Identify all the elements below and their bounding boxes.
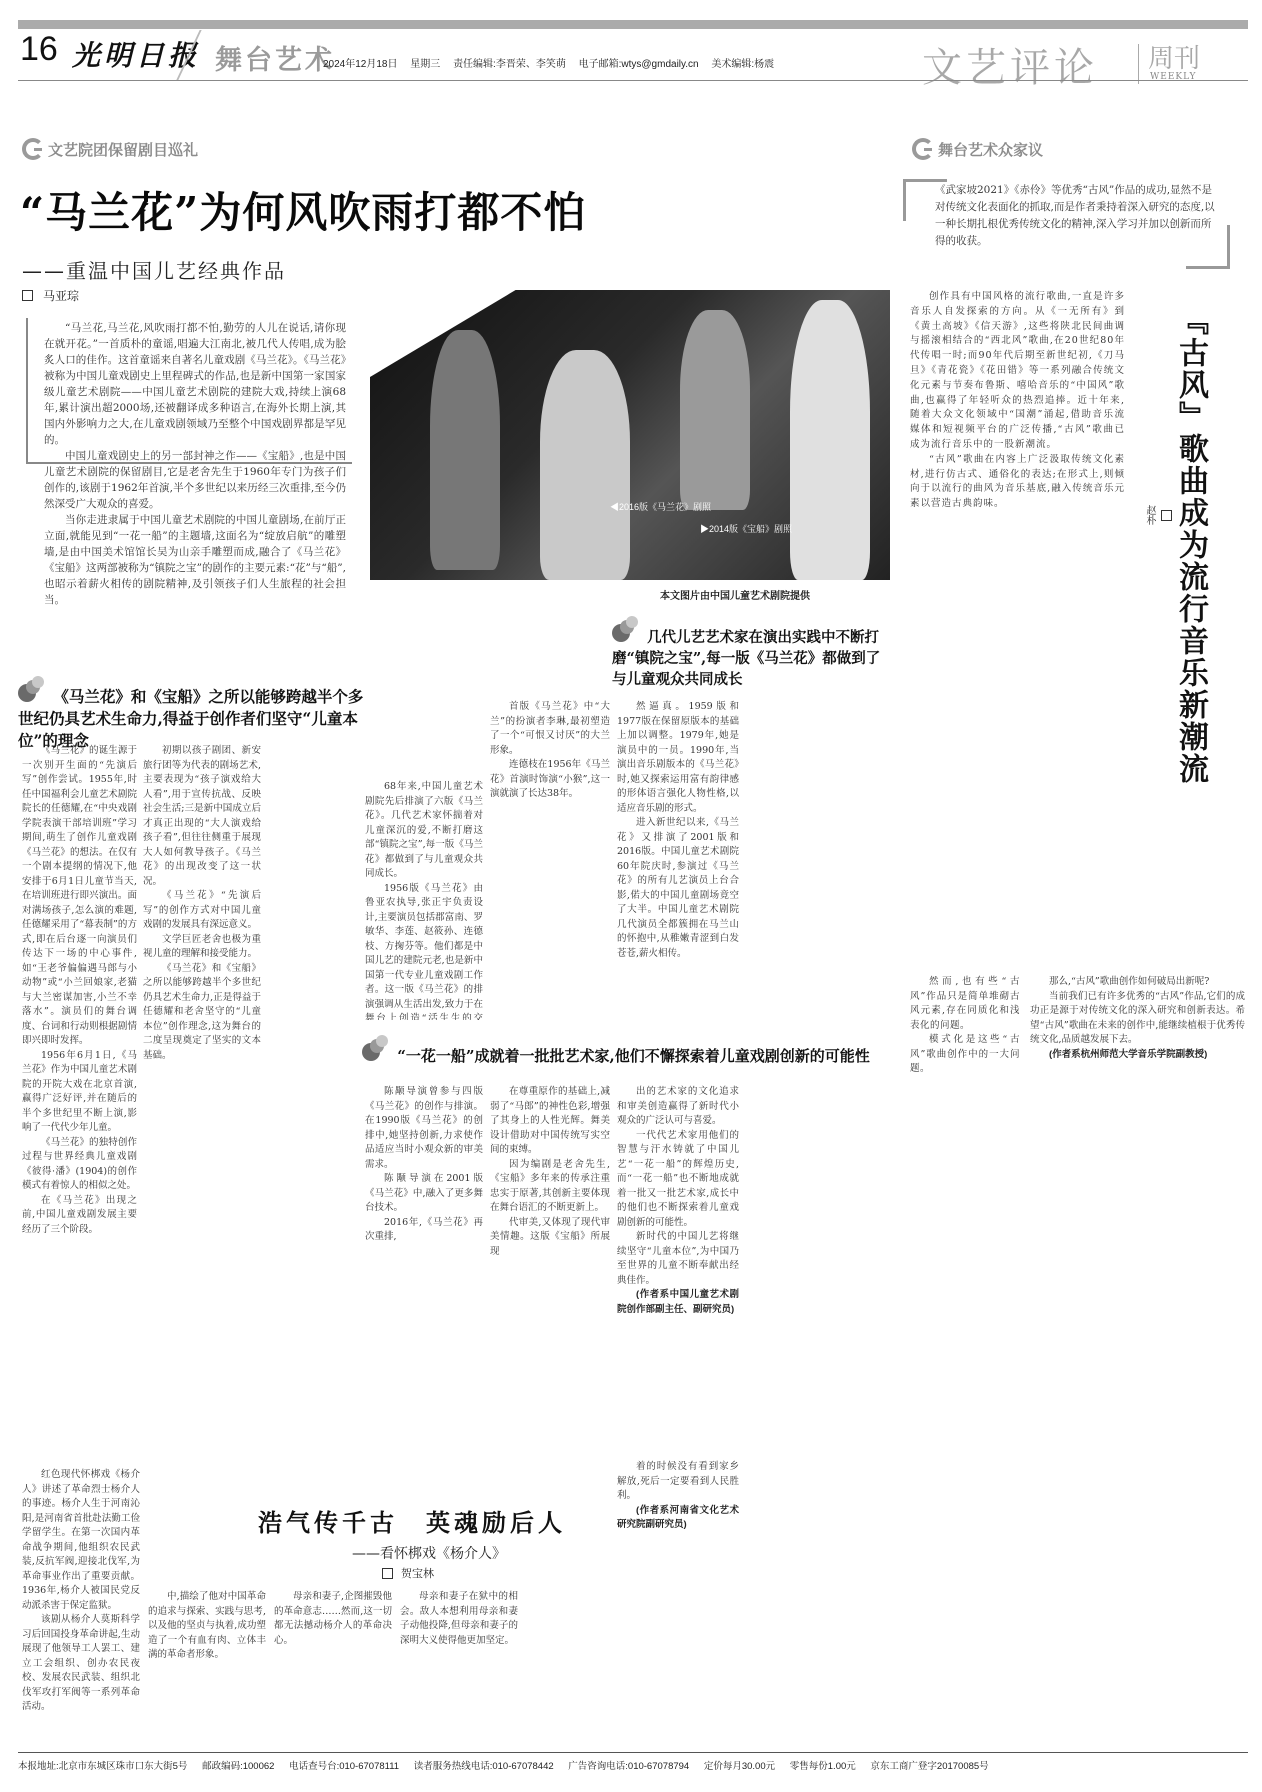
paragraph: “古风”歌曲在内容上广泛汲取传统文化素材,进行仿古式、通俗化的表达;在形式上,则… (910, 453, 1125, 512)
photo-caption-2016: ◀2016版《马兰花》剧照 (610, 500, 711, 513)
paragraph: 1956版《马兰花》由鲁亚农执导,张正宇负责设计,主要演员包括郡富南、罗敏华、李… (365, 882, 483, 1021)
paragraph: 母亲和妻子在狱中的相会。敌人本想利用母亲和妻子动他投降,但母亲和妻子的深明大义使… (400, 1590, 518, 1648)
paragraph: 《马兰花》和《宝船》之所以能够跨越半个多世纪仍具艺术生命力,正是得益于任德耀和老… (143, 962, 261, 1064)
bullet-dots-icon (18, 676, 48, 702)
supplement-type: 周刊 (1148, 38, 1200, 75)
actor-figure (680, 310, 750, 510)
column-3: 68年来,中国儿童艺术剧院先后排演了六版《马兰花》。几代艺术家怀揣着对儿童深沉的… (365, 780, 483, 1020)
intro-box: “马兰花,马兰花,风吹雨打都不怕,勤劳的人儿在说话,请你现在就开花。”一首质朴的… (26, 318, 352, 464)
right-column-1: 创作具有中国风格的流行歌曲,一直是许多音乐人自发探索的方向。从《一无所有》到《黄… (910, 290, 1125, 970)
byline-box-icon (382, 1568, 393, 1579)
paragraph: 进入新世纪以来,《马兰花》又排演了2001版和2016版。中国儿童艺术剧院60年… (617, 816, 739, 961)
right-byline: 赵朴 (1143, 505, 1172, 525)
column-1: 《马兰花》的诞生源于一次别开生面的“先演后写”创作尝试。1955年,时任中国福利… (22, 744, 137, 1444)
section-title: 舞台艺术 (215, 38, 335, 77)
paragraph: 该剧从杨介人莫斯科学习后回国投身革命讲起,生动展现了他领导工人罢工、建立工会组织… (22, 1613, 140, 1715)
top-rule (18, 20, 1248, 29)
yj-subhead: ——看怀梆戏《杨介人》 (352, 1543, 506, 1563)
paragraph: 在尊重原作的基础上,减弱了“马郎”的神性色彩,增强了其身上的人性光辉。舞美设计借… (490, 1085, 610, 1158)
paragraph: 母亲和妻子,企图摧毁他的革命意志……然而,这一切都无法撼动杨介人的革命决心。 (274, 1590, 392, 1648)
column-7: 在尊重原作的基础上,减弱了“马郎”的神性色彩,增强了其身上的人性光辉。舞美设计借… (490, 1085, 610, 1455)
paragraph: 连德枝在1956年《马兰花》首演时饰演“小猴”,这一演就演了长达38年。 (490, 758, 610, 802)
paragraph: 《马兰花》的诞生源于一次别开生面的“先演后写”创作尝试。1955年,时任中国福利… (22, 744, 137, 1049)
yj-byline: 贺宝林 (382, 1565, 434, 1581)
footer-rule (18, 1752, 1248, 1753)
column-8: 出的艺术家的文化追求和审美创造赢得了新时代小观众的广泛认可与喜爱。 一代代艺术家… (617, 1085, 739, 1455)
footer-single-price: 零售每份1.00元 (790, 1761, 856, 1772)
paragraph: 中,描绘了他对中国革命的追求与探索、实践与思考,以及他的坚贞与执着,成功塑造了一… (148, 1590, 266, 1663)
yj-lead-column: 红色现代怀梆戏《杨介人》讲述了革命烈士杨介人的事迹。杨介人生于河南沁阳,是河南省… (22, 1468, 140, 1743)
supplement-divider (1138, 44, 1139, 84)
main-headline: “马兰花”为何风吹雨打都不怕 (20, 180, 586, 240)
paragraph: 然逼真。1959版和1977版在保留原版本的基础上加以调整。1979年,她是演员… (617, 700, 739, 816)
actor-figure (430, 330, 500, 570)
paragraph: 在《马兰花》出现之前,中国儿童戏剧发展主要经历了三个阶段。 (22, 1194, 137, 1238)
paragraph: 陈颙导演在2001版《马兰花》中,融入了更多舞台技术。 (365, 1172, 483, 1216)
column-logo-icon (912, 138, 934, 160)
intro-paragraph: “马兰花,马兰花,风吹雨打都不怕,勤劳的人儿在说话,请你现在就开花。”一首质朴的… (44, 320, 346, 448)
subhead-2-text: 几代儿艺艺术家在演出实践中不断打磨“镇院之宝”,每一版《马兰花》都做到了与儿童观… (612, 629, 880, 688)
paragraph: 代审美,又体现了现代审美情趣。这版《宝船》所展现 (490, 1216, 610, 1260)
footer: 本报地址:北京市东城区珠市口东大街5号 邮政编码:100062 电话查号台:01… (18, 1758, 1001, 1772)
actor-figure (790, 300, 870, 580)
column-5: 然逼真。1959版和1977版在保留原版本的基础上加以调整。1979年,她是演员… (617, 700, 739, 1020)
paragraph: 陈颙导演曾参与四版《马兰花》的创作与排演。在1990版《马兰花》的创排中,她坚持… (365, 1085, 483, 1172)
kicker-text: 舞台艺术众家议 (938, 139, 1043, 160)
issue-date: 2024年12月18日 (323, 59, 398, 70)
author-signature: (作者系河南省文化艺术研究院副研究员) (617, 1504, 739, 1533)
paragraph: 着的时候没有看到家乡解放,死后一定要看到人民胜利。 (617, 1460, 739, 1504)
column-logo-icon (22, 138, 44, 160)
bullet-dots-icon (362, 1035, 392, 1061)
page-number: 16 (20, 30, 58, 69)
weekday: 星期三 (410, 59, 440, 70)
paragraph: 2016年,《马兰花》再次重排, (365, 1216, 483, 1245)
subhead-3-text: “一花一船”成就着一批批艺术家,他们不懈探索着儿童戏剧创新的可能性 (397, 1047, 869, 1065)
right-kicker: 舞台艺术众家议 (912, 138, 1043, 160)
column-6: 陈颙导演曾参与四版《马兰花》的创作与排演。在1990版《马兰花》的创排中,她坚持… (365, 1085, 483, 1455)
kicker-text: 文艺院团保留剧目巡礼 (48, 139, 198, 160)
byline-box-icon (22, 290, 33, 301)
paragraph: 然而,也有些“古风”作品只是简单堆砌古风元素,存在同质化和浅表化的问题。 (910, 975, 1020, 1033)
pullquote: 《武家坡2021》《赤伶》等优秀“古风”作品的成功,显然不是对传统文化表面化的抓… (905, 178, 1235, 262)
yj-column-4: 着的时候没有看到家乡解放,死后一定要看到人民胜利。 (作者系河南省文化艺术研究院… (617, 1460, 739, 1740)
right-headline: 『古风』歌曲成为流行音乐新潮流 (1165, 305, 1209, 785)
stage-photo: ◀2016版《马兰花》剧照 ▶2014版《宝船》剧照 (370, 290, 890, 580)
author-signature: (作者系杭州师范大学音乐学院副教授) (1030, 1048, 1245, 1063)
paragraph: 当前我们已有许多优秀的“古风”作品,它们的成功正是源于对传统文化的深入研究和创新… (1030, 990, 1245, 1048)
paragraph: 首版《马兰花》中“大兰”的扮演者李琳,最初塑造了一个“可恨又讨厌”的大兰形象。 (490, 700, 610, 758)
right-column-3: 那么,“古风”歌曲创作如何破局出新呢? 当前我们已有许多优秀的“古风”作品,它们… (1030, 975, 1245, 1735)
intro-paragraph: 中国儿童戏剧史上的另一部封神之作——《宝船》,也是中国儿童艺术剧院的保留剧目,它… (44, 448, 346, 512)
footer-switchboard: 电话查号台:010-67078111 (289, 1761, 399, 1772)
actor-figure (540, 350, 630, 580)
subhead-1-text: 《马兰花》和《宝船》之所以能够跨越半个多世纪仍具艺术生命力,得益于创作者们坚守“… (18, 687, 363, 750)
column-4: 首版《马兰花》中“大兰”的扮演者李琳,最初塑造了一个“可恨又讨厌”的大兰形象。 … (490, 700, 610, 1020)
footer-address: 本报地址:北京市东城区珠市口东大街5号 (18, 1761, 187, 1772)
yj-column-3: 母亲和妻子在狱中的相会。敌人本想利用母亲和妻子动他投降,但母亲和妻子的深明大义使… (400, 1590, 518, 1740)
author-name: 赵朴 (1143, 505, 1155, 525)
paragraph: 初期以孩子剧团、新安旅行团等为代表的剧场艺术,主要表现为“孩子演戏给大人看”,用… (143, 744, 261, 889)
paragraph: 1956年6月1日,《马兰花》作为中国儿童艺术剧院的开院大戏在北京首演,赢得广泛… (22, 1049, 137, 1136)
paragraph: 因为编剧是老舍先生,《宝船》多年来的传承注重忠实于原著,其创新主要体现在舞台语汇… (490, 1158, 610, 1216)
paragraph: 出的艺术家的文化追求和审美创造赢得了新时代小观众的广泛认可与喜爱。 (617, 1085, 739, 1129)
paragraph: 《马兰花》“先演后写”的创作方式对中国儿童戏剧的发展具有深远意义。 (143, 889, 261, 933)
paragraph: 创作具有中国风格的流行歌曲,一直是许多音乐人自发探索的方向。从《一无所有》到《黄… (910, 290, 1125, 453)
author-signature: (作者系中国儿童艺术剧院创作部副主任、副研究员) (617, 1288, 739, 1317)
column-2: 初期以孩子剧团、新安旅行团等为代表的剧场艺术,主要表现为“孩子演戏给大人看”,用… (143, 744, 261, 1444)
main-byline: 马亚琮 (22, 287, 79, 304)
main-subhead: ——重温中国儿艺经典作品 (22, 255, 286, 284)
masthead-rule (18, 80, 1248, 81)
subhead-3: “一花一船”成就着一批批艺术家,他们不懈探索着儿童戏剧创新的可能性 (362, 1035, 892, 1067)
bullet-dots-icon (612, 616, 642, 642)
photo-caption-2014: ▶2014版《宝船》剧照 (700, 522, 792, 535)
paragraph: 新时代的中国儿艺将继续坚守“儿童本位”,为中国乃至世界的儿童不断奉献出经典佳作。 (617, 1230, 739, 1288)
main-kicker: 文艺院团保留剧目巡礼 (22, 138, 198, 160)
art-editor: 美术编辑:杨震 (711, 59, 774, 70)
paragraph: 那么,“古风”歌曲创作如何破局出新呢? (1030, 975, 1245, 990)
footer-postcode: 邮政编码:100062 (202, 1761, 274, 1772)
photo-credit: 本文图片由中国儿童艺术剧院提供 (660, 587, 810, 602)
paragraph: 68年来,中国儿童艺术剧院先后排演了六版《马兰花》。几代艺术家怀揣着对儿童深沉的… (365, 780, 483, 882)
footer-monthly-price: 定价每月30.00元 (704, 1761, 775, 1772)
supplement-title: 文艺评论 (922, 36, 1098, 93)
paragraph: 红色现代怀梆戏《杨介人》讲述了革命烈士杨介人的事迹。杨介人生于河南沁阳,是河南省… (22, 1468, 140, 1613)
masthead-meta: 2024年12月18日 星期三 责任编辑:李晋荣、李笑萌 电子邮箱:wtys@g… (323, 55, 784, 70)
yj-headline: 浩气传千古 英魂励后人 (258, 1503, 566, 1538)
email: 电子邮箱:wtys@gmdaily.cn (579, 59, 699, 70)
footer-hotline: 读者服务热线电话:010-67078442 (414, 1761, 554, 1772)
byline-box-icon (1161, 510, 1172, 521)
paragraph: 文学巨匠老舍也极为重视儿童的理解和接受能力。 (143, 933, 261, 962)
subhead-2: 几代儿艺艺术家在演出实践中不断打磨“镇院之宝”,每一版《马兰花》都做到了与儿童观… (612, 616, 892, 690)
paragraph: 《马兰花》的独特创作过程与世界经典儿童戏剧《彼得·潘》(1904)的创作模式有着… (22, 1136, 137, 1194)
intro-paragraph: 当你走进隶属于中国儿童艺术剧院的中国儿童剧场,在前厅正立面,就能见到“一花一船”… (44, 512, 346, 608)
right-column-2: 然而,也有些“古风”作品只是简单堆砌古风元素,存在同质化和浅表化的问题。 模式化… (910, 975, 1020, 1735)
paragraph: 一代代艺术家用他们的智慧与汗水铸就了中国儿艺“一花一船”的辉煌历史,而“一花一船… (617, 1129, 739, 1231)
subhead-1: 《马兰花》和《宝船》之所以能够跨越半个多世纪仍具艺术生命力,得益于创作者们坚守“… (18, 676, 366, 752)
author-name: 贺宝林 (401, 1565, 434, 1581)
yj-column-2: 母亲和妻子,企图摧毁他的革命意志……然而,这一切都无法撼动杨介人的革命决心。 (274, 1590, 392, 1740)
yj-column-1: 中,描绘了他对中国革命的追求与探索、实践与思考,以及他的坚贞与执着,成功塑造了一… (148, 1590, 266, 1740)
footer-license: 京东工商广登字20170085号 (870, 1761, 988, 1772)
paragraph: 模式化是这些“古风”歌曲创作中的一大问题。 (910, 1033, 1020, 1077)
author-name: 马亚琮 (43, 287, 79, 304)
footer-ads: 广告咨询电话:010-67078794 (568, 1761, 689, 1772)
editors: 责任编辑:李晋荣、李笑萌 (453, 59, 566, 70)
